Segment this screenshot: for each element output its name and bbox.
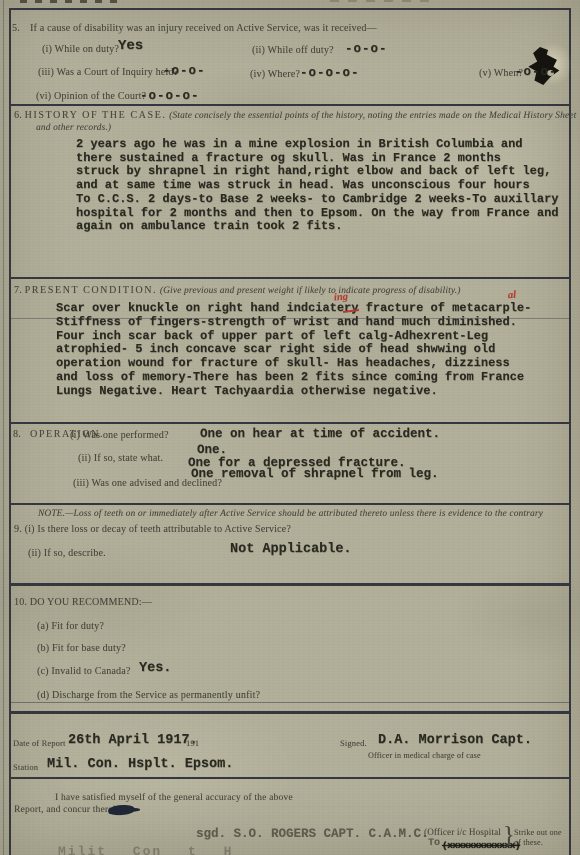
q8-i-label: (i) Was one performed? [70,430,169,441]
q7-heading-block: 7. PRESENT CONDITION. (Give previous and… [14,285,461,296]
q7-line1-end: le- [510,301,532,315]
q8-ii-answer-3: One removal of shrapnel from leg. [191,468,439,482]
concur-line2: Report, and concur therein [14,805,121,815]
q5-ii-label: (ii) While off duty? [252,45,334,56]
q5-ii-answer: -o-o- [345,43,388,57]
q6-heading: HISTORY OF THE CASE. [25,110,167,121]
divider [10,583,570,586]
divider [10,422,570,424]
form-border-top [10,8,570,10]
concur-signature: sgd. S.O. ROGERS CAPT. C.A.M.C. [196,828,429,842]
q10-c-label: (c) Invalid to Canada? [37,666,131,677]
q5-v-answer: -o-o- [515,66,558,80]
q5-vi-answer: -o-o-o- [140,90,200,104]
date-of-report-label: Date of Report [13,739,66,748]
signed-role-label: Officer in medical charge of case [368,751,481,760]
divider [10,503,570,505]
q8-iii-label: (iii) Was one advised and declined? [73,478,222,489]
q5-heading: If a cause of disability was an injury r… [30,23,377,34]
q10-heading: 10. DO YOU RECOMMEND:— [14,597,152,608]
q5-number: 5. [12,23,20,34]
officer-option-2-prefix: To [428,837,440,851]
page-edge-artifact [20,0,125,3]
signed-label: Signed. [340,739,367,748]
q10-a-label: (a) Fit for duty? [37,621,104,632]
q8-i-answer: One on hear at time of accident. [200,428,440,442]
q5-i-answer: Yes [118,40,143,54]
divider [10,711,570,714]
scanned-medical-form-page: 5. If a cause of disability was an injur… [0,0,580,855]
station-label: Station [13,763,38,772]
q7-typed-body: Stiffness of fingers-strength of wrist a… [56,316,566,398]
q9-ii-answer: Not Applicable. [230,543,352,557]
date-of-report-value: 26th April 1917. [68,734,198,748]
divider [10,277,570,279]
q9-ii-label: (ii) If so, describe. [28,548,106,559]
q7-heading: PRESENT CONDITION. [25,285,158,296]
strike-out-note: Strike out one of these. [514,828,568,847]
q7-number: 7. [14,285,22,296]
q5-iii-label: (iii) Was a Court of Inquiry held? [38,67,178,78]
year-preprint: 191 [186,739,199,748]
q7-line1-mid: fracture of metacarp [358,301,509,315]
divider [10,104,570,106]
red-annotation-ing: ing [334,291,349,306]
form-border-left [9,8,11,855]
red-annotation-al: al [508,289,517,303]
q10-b-label: (b) Fit for base duty? [37,643,126,654]
q5-iv-label: (iv) Where? [250,69,300,80]
station-value: Mil. Con. Hsplt. Epsom. [47,758,233,772]
officer-option-1: (Officer i/c Hospital [424,827,501,837]
q5-i-label: (i) While on duty? [42,44,119,55]
binding-edge-line [3,0,4,855]
teeth-note: NOTE.—Loss of teeth on or immediately af… [38,509,543,519]
options-brace: } [503,823,515,850]
q5-iii-answer: -o-o- [163,65,206,79]
q6-number: 6. [14,110,22,121]
q7-note: (Give previous and present weight if lik… [160,286,461,296]
q5-vi-label: (vi) Opinion of the Court? [36,91,146,102]
divider [10,777,570,779]
q10-d-label: (d) Discharge from the Service as perman… [37,690,260,701]
q7-line1-pre: Scar over knuckle on right hand indciate [56,301,344,315]
q5-iv-answer: -o-o-o- [300,67,360,81]
q8-ii-label: (ii) If so, state what. [78,453,163,464]
q9-i-label: 9. (i) Is there loss or decay of teeth a… [14,524,291,535]
q8-number: 8. [13,429,21,440]
q6-typed-history: 2 years ago he was in a mine explosion i… [76,138,576,234]
concur-line1: I have satisfied myself of the general a… [55,793,293,803]
q7-typed-line1: Scar over knuckle on right hand indciate… [56,302,531,316]
form-border-right [569,8,571,855]
signature-value: D.A. Morrison Capt. [378,734,532,748]
faint-rule [10,702,570,703]
page-edge-artifact [330,0,430,2]
cutoff-bottom-text: Milit Con t H [58,845,233,855]
q10-c-answer: Yes. [139,662,171,676]
q6-heading-block: 6. HISTORY OF THE CASE. (State concisely… [14,110,580,134]
